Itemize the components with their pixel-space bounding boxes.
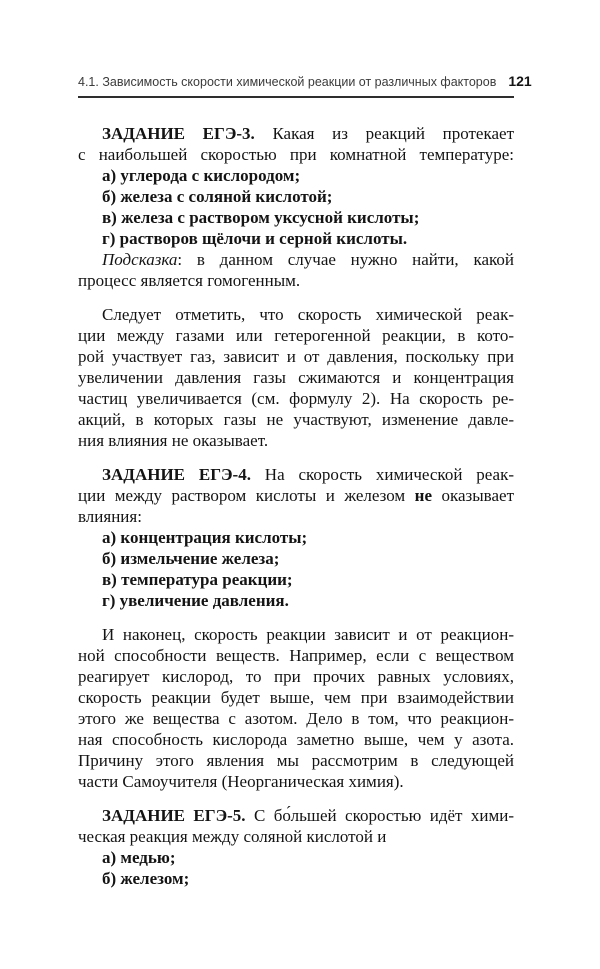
option-line: б) измельчение железа; [78, 548, 514, 569]
text-line: ции между газами или гетерогенной реакци… [78, 325, 514, 346]
text-line: рой участвует газ, зависит и от давления… [78, 346, 514, 367]
page-header: 4.1. Зависимость скорости химической реа… [78, 74, 514, 98]
text-line: ЗАДАНИЕ ЕГЭ-4. На скорость химической ре… [78, 464, 514, 485]
text-line: процесс является гомогенным. [78, 270, 514, 291]
text-line: ческая реакция между соляной кислотой и [78, 826, 514, 847]
option-line: а) углерода с кислородом; [78, 165, 514, 186]
option-line: б) железа с соляной кислотой; [78, 186, 514, 207]
text-line: ЗАДАНИЕ ЕГЭ-5. С бо́льшей скоростью идёт… [78, 805, 514, 826]
text-line: Причину этого явления мы рассмотрим в сл… [78, 750, 514, 771]
hint-text: : в данном случае нужно найти, какой [177, 250, 514, 269]
text-line: акций, в которых газы не участвуют, изме… [78, 409, 514, 430]
text-line: ЗАДАНИЕ ЕГЭ-3. Какая из реакций протекае… [78, 123, 514, 144]
task-question: Какая из реакций протекает [255, 124, 514, 143]
option-line: а) концентрация кислоты; [78, 527, 514, 548]
paragraph-pressure: Следует отметить, что скорость химическо… [78, 304, 514, 451]
task-ege-4: ЗАДАНИЕ ЕГЭ-4. На скорость химической ре… [78, 464, 514, 611]
task-ege-3: ЗАДАНИЕ ЕГЭ-3. Какая из реакций протекае… [78, 123, 514, 291]
option-line: в) железа с раствором уксусной кислоты; [78, 207, 514, 228]
book-page: 4.1. Зависимость скорости химической реа… [0, 0, 600, 969]
text-line: части Самоучителя (Неорганическая химия)… [78, 771, 514, 792]
text-line: ная способность кислорода заметно выше, … [78, 729, 514, 750]
text-line: влияния: [78, 506, 514, 527]
text-line: реагирует кислород, то при прочих равных… [78, 666, 514, 687]
text-line: этого же вещества с азотом. Дело в том, … [78, 708, 514, 729]
task-ege-5: ЗАДАНИЕ ЕГЭ-5. С бо́льшей скоростью идёт… [78, 805, 514, 889]
task-label: ЗАДАНИЕ ЕГЭ-4. [102, 465, 251, 484]
text-line: частиц увеличивается (см. формулу 2). На… [78, 388, 514, 409]
task-question: С бо́льшей скоростью идёт хими- [246, 806, 514, 825]
text-line: Подсказка: в данном случае нужно найти, … [78, 249, 514, 270]
page-number: 121 [508, 74, 531, 88]
option-line: г) растворов щёлочи и серной кислоты. [78, 228, 514, 249]
task-label: ЗАДАНИЕ ЕГЭ-3. [102, 124, 255, 143]
text-line: Следует отметить, что скорость химическо… [78, 304, 514, 325]
task-question: На скорость химической реак- [251, 465, 514, 484]
paragraph-reactivity: И наконец, скорость реакции зависит и от… [78, 624, 514, 792]
page-body: ЗАДАНИЕ ЕГЭ-3. Какая из реакций протекае… [78, 123, 514, 889]
text-line: ной способности веществ. Например, если … [78, 645, 514, 666]
text-line: скорость реакции будет выше, чем при вза… [78, 687, 514, 708]
task-label: ЗАДАНИЕ ЕГЭ-5. [102, 806, 246, 825]
task-question: оказывает [432, 486, 514, 505]
option-line: а) медью; [78, 847, 514, 868]
option-line: г) увеличение давления. [78, 590, 514, 611]
task-question: ции между раствором кислоты и железом [78, 486, 415, 505]
text-line: с наибольшей скоростью при комнатной тем… [78, 144, 514, 165]
text-line: И наконец, скорость реакции зависит и от… [78, 624, 514, 645]
option-line: в) температура реакции; [78, 569, 514, 590]
option-line: б) железом; [78, 868, 514, 889]
running-title: 4.1. Зависимость скорости химической реа… [78, 75, 496, 89]
text-line: ния влияния не оказывает. [78, 430, 514, 451]
hint-label: Подсказка [102, 250, 177, 269]
text-line: ции между раствором кислоты и железом не… [78, 485, 514, 506]
emphasis-word: не [415, 486, 432, 505]
text-line: увеличении давления газы сжимаются и кон… [78, 367, 514, 388]
